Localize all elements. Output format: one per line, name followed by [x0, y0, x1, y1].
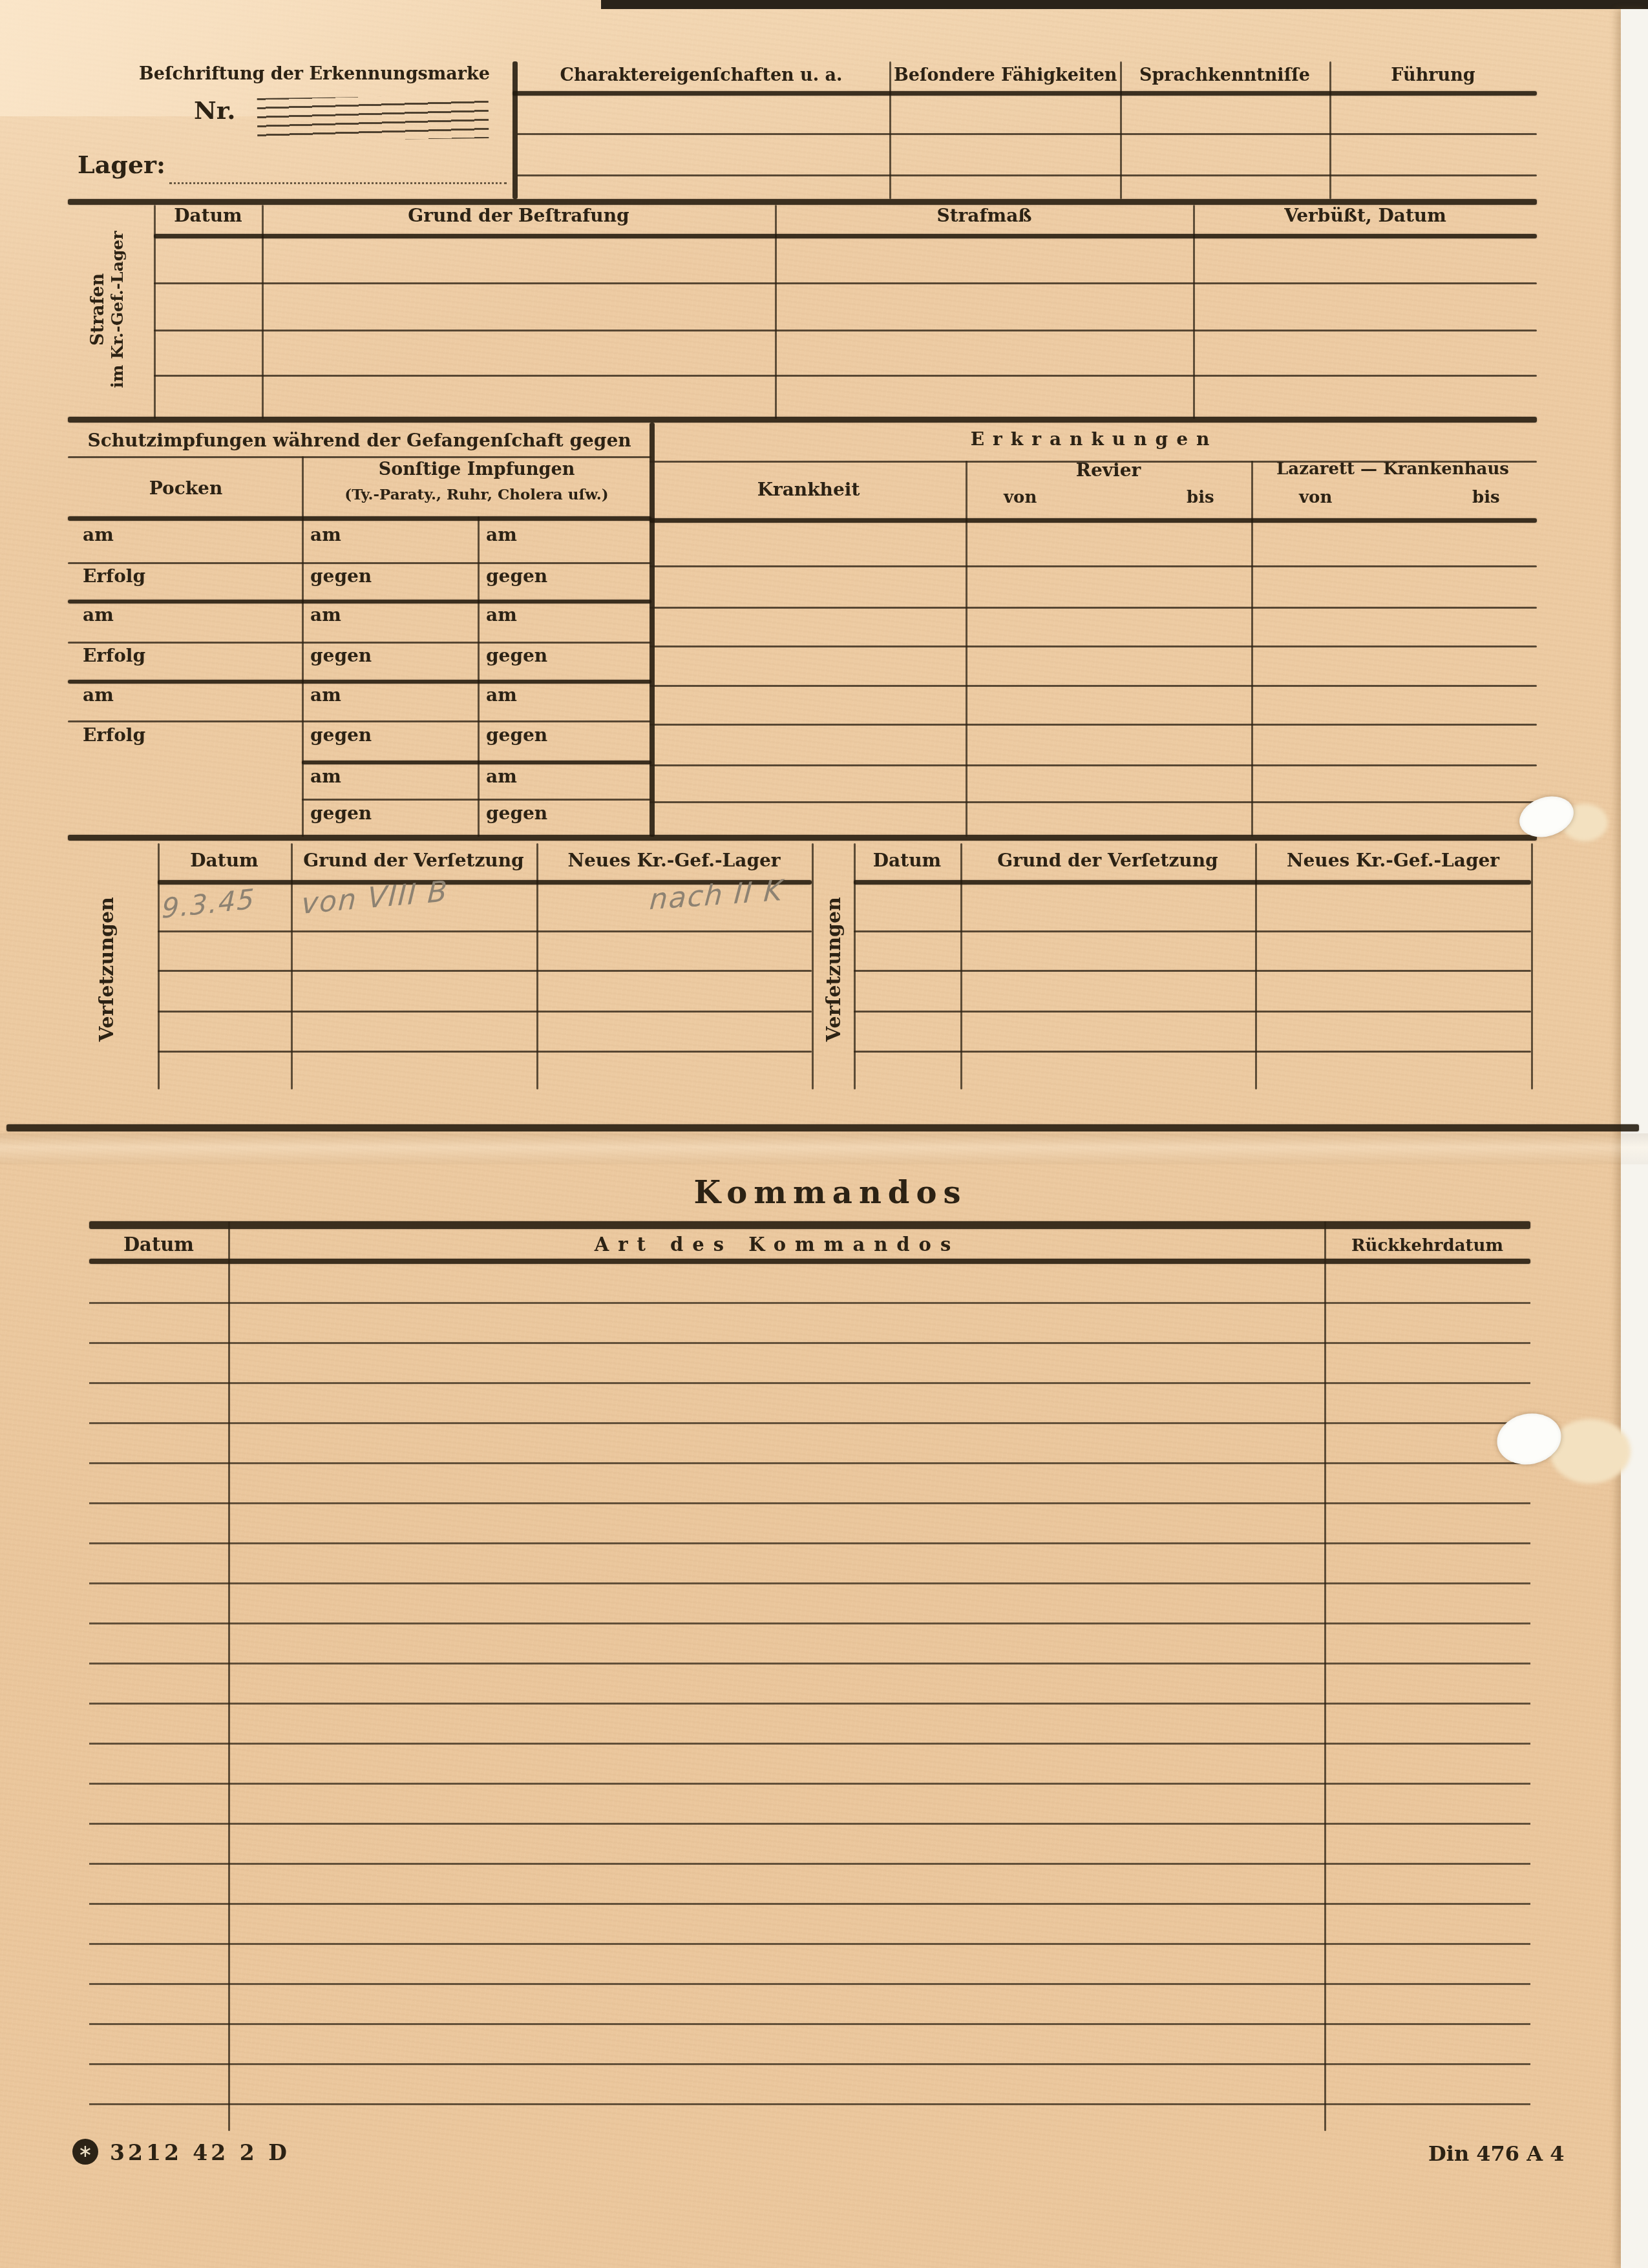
- rule-line: [1251, 461, 1253, 837]
- rule-line: [154, 234, 1537, 238]
- rule-line: [158, 930, 812, 932]
- rule-line: [68, 720, 651, 722]
- rule-line: [854, 1051, 1531, 1053]
- punch-hole-tear: [1550, 1419, 1631, 1484]
- strafen-col-grund: Grund der Beſtrafung: [264, 205, 774, 226]
- impfungen-sonstige-header-line1: Sonſtige Impfungen: [304, 460, 650, 479]
- rule-line: [68, 456, 651, 458]
- versetzungen-left-col-datum: Datum: [159, 850, 290, 870]
- column-header-fuehrung: Führung: [1334, 66, 1532, 85]
- sonstige1-gegen-label: gegen: [310, 725, 372, 745]
- pocken-erfolg-label: Erfolg: [83, 566, 145, 586]
- rule-line: [158, 1011, 812, 1013]
- revier-von-label: von: [1004, 488, 1037, 507]
- rule-line: [68, 199, 1537, 205]
- kommandos-col-rueckkehr: Rückkehrdatum: [1326, 1237, 1529, 1255]
- print-code: 3212 42 2 D: [110, 2141, 290, 2165]
- camp-dotted-line: [169, 155, 507, 184]
- impfungen-pocken-header: Pocken: [71, 478, 301, 498]
- handwritten-transfer-date: 9.3.45: [162, 883, 257, 925]
- din-format-label: Din 476 A 4: [1428, 2143, 1564, 2166]
- camp-label: Lager:: [78, 151, 165, 179]
- versetzungen-left-col-grund: Grund der Verſetzung: [292, 850, 535, 870]
- rule-line: [302, 761, 651, 764]
- rule-line: [650, 764, 1537, 766]
- rule-line: [478, 516, 480, 837]
- lazarett-von-label: von: [1299, 488, 1332, 507]
- rule-line: [158, 970, 812, 972]
- rule-line: [1120, 61, 1122, 199]
- versetzungen-side-label-text: Verſetzungen: [823, 897, 845, 1042]
- kommandos-ruled-rows: [89, 1264, 1530, 2105]
- rule-line: [650, 565, 1537, 567]
- rule-line: [650, 724, 1537, 726]
- sonstige2-am-label: am: [486, 525, 517, 545]
- column-header-besondere-faehigkeiten: Beſondere Fähigkeiten: [894, 66, 1115, 85]
- impfungen-sonstige-header-line2: (Ty.-Paraty., Ruhr, Cholera uſw.): [304, 487, 650, 503]
- rule-line: [154, 330, 1537, 331]
- rule-line: [68, 417, 1537, 423]
- rule-line: [512, 91, 1537, 96]
- rule-line: [154, 375, 1537, 377]
- pocken-am-label: am: [83, 685, 114, 705]
- rule-line: [854, 930, 1531, 932]
- erkrankungen-krankheit-header: Krankheit: [653, 479, 964, 499]
- sonstige2-gegen-label: gegen: [486, 725, 547, 745]
- rule-line: [512, 61, 518, 199]
- sonstige1-am-label: am: [310, 685, 341, 705]
- rule-line: [68, 642, 651, 644]
- rule-line: [89, 1221, 1530, 1229]
- sonstige1-gegen-label: gegen: [310, 566, 372, 586]
- revier-bis-label: bis: [1187, 488, 1214, 507]
- versetzungen-side-label-text: Verſetzungen: [96, 897, 118, 1042]
- strafen-side-label: Strafen im Kr.-Gef.-Lager: [64, 213, 151, 406]
- column-header-sprachkenntnisse: Sprachkenntniſſe: [1125, 66, 1325, 85]
- strafen-col-verbuesst: Verbüßt, Datum: [1195, 205, 1536, 226]
- rule-line: [650, 801, 1537, 803]
- rule-line: [302, 456, 304, 837]
- kommandos-title: Kommandos: [656, 1176, 1005, 1211]
- rule-line: [650, 685, 1537, 687]
- scanned-pow-record-card: Beſchriftung der Erkennungsmarke Nr. Lag…: [0, 0, 1648, 2268]
- rule-line: [89, 1259, 1530, 1264]
- printer-mark-icon: ∗: [72, 2139, 98, 2165]
- strafen-col-strafmass: Strafmaß: [777, 205, 1192, 226]
- rule-line: [517, 133, 1537, 135]
- scan-top-edge-shadow: [601, 0, 1648, 9]
- strafen-side-label-line2: im Kr.-Gef.-Lager: [108, 231, 127, 388]
- kommandos-col-art: Art des Kommandos: [231, 1234, 1323, 1255]
- pocken-erfolg-label: Erfolg: [83, 646, 145, 666]
- rule-line: [517, 174, 1537, 176]
- versetzungen-left-col-neues: Neues Kr.-Gef.-Lager: [538, 850, 810, 870]
- rule-line: [154, 282, 1537, 284]
- tag-number-label: Nr.: [194, 97, 236, 125]
- sonstige1-am-label: am: [310, 605, 341, 625]
- rule-line: [650, 518, 1537, 523]
- rule-line: [889, 61, 891, 199]
- pocken-am-label: am: [83, 605, 114, 625]
- rule-line: [158, 1051, 812, 1053]
- rule-line: [854, 1011, 1531, 1013]
- rule-line: [854, 880, 1531, 885]
- tag-number-scribble: [257, 96, 489, 141]
- card-bottom-edge: [6, 1124, 1639, 1131]
- rule-line: [1531, 843, 1533, 1089]
- impfungen-title: Schutzimpfungen während der Gefangenſcha…: [71, 430, 648, 450]
- lazarett-bis-label: bis: [1472, 488, 1500, 507]
- kommandos-col-datum: Datum: [90, 1234, 227, 1255]
- column-header-charaktereigenschaften: Charaktereigenſchaften u. a.: [517, 66, 885, 85]
- strafen-col-datum: Datum: [156, 205, 260, 226]
- rule-line: [68, 600, 651, 604]
- rule-line: [302, 799, 651, 801]
- sonstige1-am-label: am: [310, 766, 341, 786]
- sonstige2-am-label: am: [486, 766, 517, 786]
- erkrankungen-lazarett-header: Lazarett — Krankenhaus: [1253, 460, 1532, 479]
- card-crease-band: [0, 1133, 1648, 1164]
- pocken-am-label: am: [83, 525, 114, 545]
- sonstige1-gegen-label: gegen: [310, 646, 372, 666]
- versetzungen-right-col-datum: Datum: [855, 850, 959, 870]
- tag-inscription-label: Beſchriftung der Erkennungsmarke: [139, 65, 449, 84]
- sonstige2-gegen-label: gegen: [486, 646, 547, 666]
- rule-line: [650, 646, 1537, 647]
- sonstige2-gegen-label: gegen: [486, 803, 547, 823]
- versetzungen-right-col-neues: Neues Kr.-Gef.-Lager: [1256, 850, 1530, 870]
- rule-line: [650, 607, 1537, 609]
- sonstige2-am-label: am: [486, 685, 517, 705]
- sonstige1-am-label: am: [310, 525, 341, 545]
- rule-line: [966, 461, 967, 837]
- versetzungen-side-label-left: Verſetzungen: [82, 857, 131, 1081]
- erkrankungen-title: Erkrankungen: [651, 429, 1537, 449]
- rule-line: [68, 516, 651, 521]
- rule-line: [68, 680, 651, 684]
- rule-line: [854, 970, 1531, 972]
- rule-line: [68, 835, 1537, 841]
- versetzungen-side-label-right: Verſetzungen: [809, 857, 858, 1081]
- sonstige2-am-label: am: [486, 605, 517, 625]
- pocken-erfolg-label: Erfolg: [83, 725, 145, 745]
- versetzungen-right-col-grund: Grund der Verſetzung: [962, 850, 1254, 870]
- strafen-side-label-line1: Strafen: [88, 273, 108, 346]
- erkrankungen-revier-header: Revier: [967, 460, 1250, 480]
- rule-line: [1329, 61, 1331, 199]
- sonstige1-gegen-label: gegen: [310, 803, 372, 823]
- sonstige2-gegen-label: gegen: [486, 566, 547, 586]
- rule-line: [68, 562, 651, 564]
